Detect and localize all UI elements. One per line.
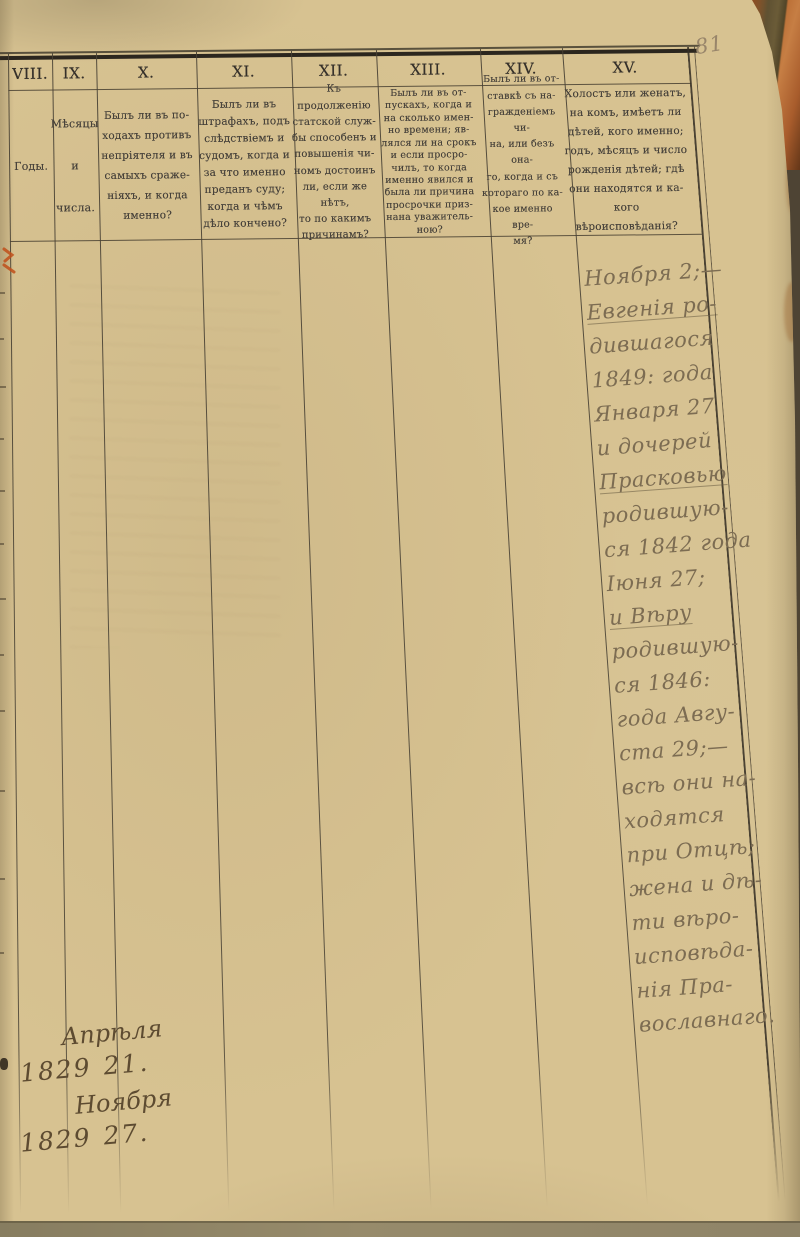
edge-mark	[0, 386, 6, 388]
edge-mark	[0, 338, 4, 340]
page-number-handwritten: 81	[693, 31, 725, 59]
edge-mark	[0, 598, 6, 600]
year-value: 1829	[19, 1123, 93, 1158]
column-x-header: Былъ ли въ по- ходахъ противъ непріятеля…	[96, 89, 198, 241]
edge-stain	[784, 282, 800, 342]
edge-mark	[0, 654, 4, 656]
edge-mark	[0, 790, 5, 792]
edge-mark	[0, 952, 4, 954]
column-xiii-numeral: XIII.	[376, 55, 480, 84]
column-xv-numeral: XV.	[562, 53, 688, 82]
edge-mark	[0, 543, 4, 545]
red-margin-mark	[1, 245, 18, 283]
column-xi-numeral: XI.	[196, 57, 291, 86]
column-xiii-header: Былъ ли въ от- пускахъ, когда и на сколь…	[376, 86, 482, 238]
column-ix-header: Мѣсяцы и числа.	[52, 90, 98, 241]
edge-mark	[0, 438, 4, 440]
column-xi-header: Былъ ли въ штрафахъ, подъ слѣдствіемъ и …	[196, 88, 293, 240]
day-value: 21.	[102, 1048, 150, 1081]
edge-mark	[0, 292, 5, 294]
service-date-entry: Ноября 182927.	[16, 1082, 176, 1161]
ledger-page: 81 VIII. Годы. IX. Мѣсяцы и числа. X. Бы…	[0, 0, 800, 1237]
column-xv-header: Холостъ или женатъ, на комъ, имѣетъ ли д…	[562, 84, 690, 236]
column-xii-numeral: XII.	[291, 56, 376, 85]
day-value: 27.	[102, 1118, 150, 1151]
edge-mark	[0, 490, 5, 492]
edge-mark	[0, 710, 5, 712]
column-x-numeral: X.	[96, 58, 196, 87]
column-xii-header: Къ продолженію статской служ- бы способе…	[291, 87, 378, 239]
edge-ink-blot	[0, 1058, 8, 1070]
column-viii-numeral: VIII.	[8, 60, 52, 88]
edge-mark	[0, 878, 5, 880]
column-xiv-header: Былъ ли въ от- ставкѣ съ на- гражденіемъ…	[480, 85, 564, 237]
column-ix-numeral: IX.	[52, 59, 96, 87]
year-value: 1829	[19, 1053, 93, 1088]
service-date-entry: Апрѣля 182921.	[16, 1013, 167, 1091]
column-viii-header: Годы.	[8, 91, 54, 242]
bottom-shadow-strip	[0, 1221, 800, 1237]
